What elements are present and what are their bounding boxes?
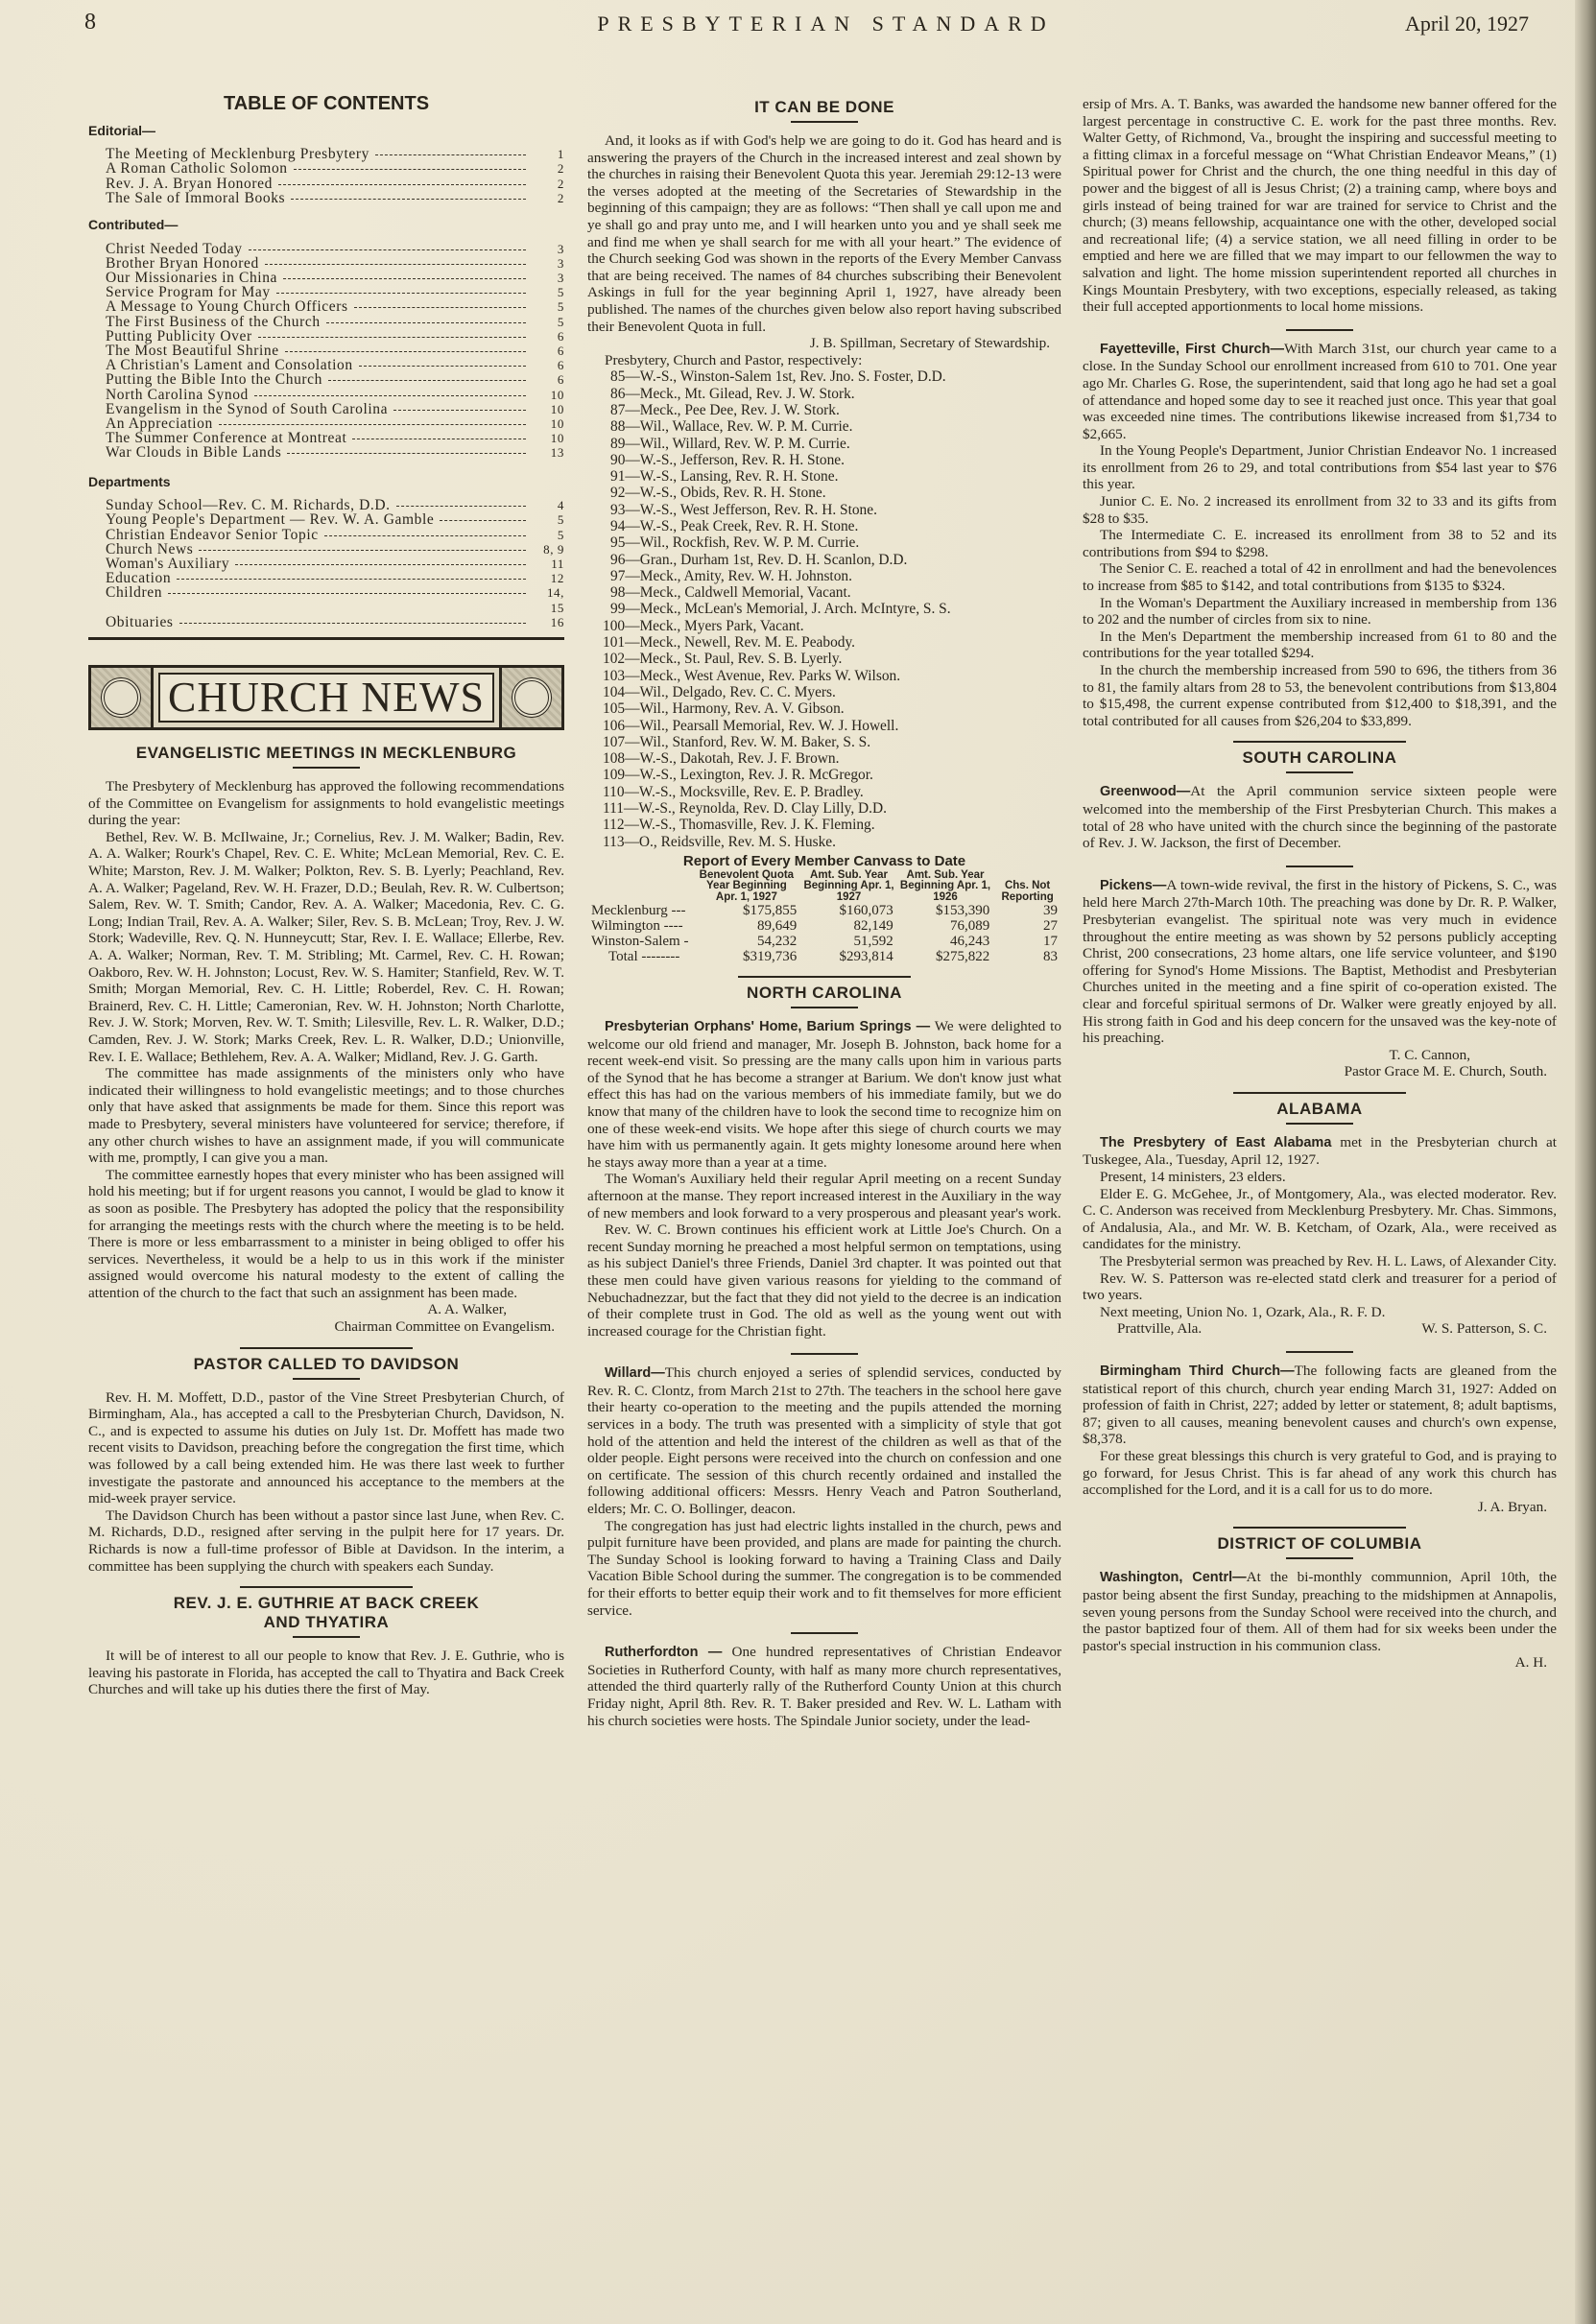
paragraph: Rev. H. M. Moffett, D.D., pastor of the … xyxy=(88,1389,564,1507)
paragraph: Junior C. E. No. 2 increased its enrollm… xyxy=(1083,493,1557,527)
toc-entry[interactable]: The Most Beautiful Shrine6 xyxy=(88,344,564,358)
signature-line: Prattville, Ala. W. S. Patterson, S. C. xyxy=(1083,1320,1557,1338)
divider xyxy=(240,1347,413,1349)
divider xyxy=(293,1636,360,1638)
signature-title: Chairman Committee on Evangelism. xyxy=(88,1318,564,1336)
toc-entry[interactable]: Service Program for May5 xyxy=(88,285,564,299)
paragraph: The congregation has just had electric l… xyxy=(587,1518,1061,1620)
divider xyxy=(738,976,911,978)
table-row: Winston-Salem - 54,232 51,592 46,243 17 xyxy=(587,934,1061,949)
paragraph: The Presbytery of East Alabama met in th… xyxy=(1083,1134,1557,1169)
roster-entry: 99—Meck., McLean's Memorial, J. Arch. Mc… xyxy=(587,601,1061,617)
roster-entry: 112—W.-S., Thomasville, Rev. J. K. Flemi… xyxy=(587,817,1061,833)
paragraph: For these great blessings this church is… xyxy=(1083,1448,1557,1499)
table-of-contents: TABLE OF CONTENTS Editorial— The Meeting… xyxy=(88,96,564,640)
toc-entry[interactable]: Christ Needed Today3 xyxy=(88,242,564,256)
roster-entry: 106—Wil., Pearsall Memorial, Rev. W. J. … xyxy=(587,718,1061,734)
divider xyxy=(1286,866,1353,867)
roster-entry: 105—Wil., Harmony, Rev. A. V. Gibson. xyxy=(587,700,1061,717)
paragraph: Greenwood—At the April communion service… xyxy=(1083,783,1557,851)
toc-entry[interactable]: Christian Endeavor Senior Topic5 xyxy=(88,528,564,542)
paragraph: Rev. W. S. Patterson was re-elected stat… xyxy=(1083,1270,1557,1304)
toc-entry[interactable]: Church News8, 9 xyxy=(88,542,564,557)
article-evangelistic-meetings: EVANGELISTIC MEETINGS IN MECKLENBURG The… xyxy=(88,744,564,1336)
section-alabama: ALABAMA The Presbytery of East Alabama m… xyxy=(1083,1100,1557,1515)
roster-entry: 94—W.-S., Peak Creek, Rev. R. H. Stone. xyxy=(587,518,1061,534)
toc-entry[interactable]: The Sale of Immoral Books2 xyxy=(88,191,564,205)
paragraph: The Presbytery of Mecklenburg has approv… xyxy=(88,778,564,829)
roster-entry: 104—Wil., Delgado, Rev. C. C. Myers. xyxy=(587,684,1061,700)
section-title: SOUTH CAROLINA xyxy=(1083,748,1557,768)
paragraph: Next meeting, Union No. 1, Ozark, Ala., … xyxy=(1083,1304,1557,1321)
paragraph: Rev. W. C. Brown continues his efficient… xyxy=(587,1221,1061,1340)
toc-entry[interactable]: A Christian's Lament and Consolation6 xyxy=(88,358,564,372)
toc-entry[interactable]: Evangelism in the Synod of South Carolin… xyxy=(88,402,564,416)
column-header: Amt. Sub. Year Beginning Apr. 1, 1926 xyxy=(897,870,993,904)
paragraph: The Presbyterial sermon was preached by … xyxy=(1083,1253,1557,1270)
toc-entry[interactable]: A Roman Catholic Solomon2 xyxy=(88,161,564,176)
canvass-table: Benevolent Quota Year Beginning Apr. 1, … xyxy=(587,870,1061,965)
roster-entry: 93—W.-S., West Jefferson, Rev. R. H. Sto… xyxy=(587,502,1061,518)
toc-entry[interactable]: Putting Publicity Over6 xyxy=(88,329,564,344)
divider xyxy=(240,1586,413,1588)
toc-entry[interactable]: War Clouds in Bible Lands13 xyxy=(88,445,564,460)
roster-entry: 97—Meck., Amity, Rev. W. H. Johnston. xyxy=(587,568,1061,584)
paragraph: The Intermediate C. E. increased its enr… xyxy=(1083,527,1557,560)
church-roster: 85—W.-S., Winston-Salem 1st, Rev. Jno. S… xyxy=(587,368,1061,850)
toc-entry[interactable]: Rev. J. A. Bryan Honored2 xyxy=(88,177,564,191)
column-header: Benevolent Quota Year Beginning Apr. 1, … xyxy=(692,870,800,904)
newspaper-page: 8 PRESBYTERIAN STANDARD April 20, 1927 T… xyxy=(0,0,1596,2324)
roster-entry: 109—W.-S., Lexington, Rev. J. R. McGrego… xyxy=(587,767,1061,783)
column-header: Amt. Sub. Year Beginning Apr. 1, 1927 xyxy=(800,870,896,904)
article-pastor-called: PASTOR CALLED TO DAVIDSON Rev. H. M. Mof… xyxy=(88,1355,564,1576)
toc-entry[interactable]: The First Business of the Church5 xyxy=(88,315,564,329)
toc-entry[interactable]: Sunday School—Rev. C. M. Richards, D.D.4 xyxy=(88,498,564,512)
paragraph: Pickens—A town-wide revival, the first i… xyxy=(1083,877,1557,1047)
signature: J. B. Spillman, Secretary of Stewardship… xyxy=(587,335,1061,352)
paragraph: In the Men's Department the membership i… xyxy=(1083,628,1557,662)
toc-entry[interactable]: Brother Bryan Honored3 xyxy=(88,256,564,271)
toc-entry[interactable]: The Summer Conference at Montreat10 xyxy=(88,431,564,445)
paragraph: Bethel, Rev. W. B. McIlwaine, Jr.; Corne… xyxy=(88,829,564,1065)
toc-divider xyxy=(88,637,564,640)
column-header: Chs. Not Reporting xyxy=(993,870,1061,904)
signature: T. C. Cannon, xyxy=(1083,1047,1557,1064)
paragraph: Birmingham Third Church—The following fa… xyxy=(1083,1363,1557,1448)
toc-entry[interactable]: Obituaries16 xyxy=(88,615,564,629)
roster-entry: 101—Meck., Newell, Rev. M. E. Peabody. xyxy=(587,634,1061,651)
toc-entry[interactable]: The Meeting of Mecklenburg Presbytery1 xyxy=(88,147,564,161)
divider xyxy=(791,1007,858,1008)
canvass-table-title: Report of Every Member Canvass to Date xyxy=(587,853,1061,870)
article-title: IT CAN BE DONE xyxy=(587,98,1061,117)
roster-entry: 108—W.-S., Dakotah, Rev. J. F. Brown. xyxy=(587,750,1061,767)
divider xyxy=(791,121,858,123)
roster-entry: 87—Meck., Pee Dee, Rev. J. W. Stork. xyxy=(587,402,1061,418)
toc-entry[interactable]: Our Missionaries in China3 xyxy=(88,271,564,285)
divider xyxy=(293,1378,360,1380)
roster-entry: 95—Wil., Rockfish, Rev. W. P. M. Currie. xyxy=(587,534,1061,551)
paragraph: Present, 14 ministers, 23 elders. xyxy=(1083,1169,1557,1186)
banner-title: CHURCH NEWS xyxy=(158,673,494,723)
toc-section-heading: Contributed— xyxy=(88,217,564,234)
toc-title: TABLE OF CONTENTS xyxy=(88,96,564,113)
paragraph: In the church the membership increased f… xyxy=(1083,662,1557,729)
divider xyxy=(1286,1557,1353,1559)
section-title: NORTH CAROLINA xyxy=(587,984,1061,1003)
roster-entry: 85—W.-S., Winston-Salem 1st, Rev. Jno. S… xyxy=(587,368,1061,385)
table-row: Wilmington ---- 89,649 82,149 76,089 27 xyxy=(587,918,1061,934)
toc-entry[interactable]: An Appreciation10 xyxy=(88,416,564,431)
paragraph: And, it looks as if with God's help we a… xyxy=(587,132,1061,335)
toc-entry[interactable]: Putting the Bible Into the Church6 xyxy=(88,372,564,387)
paragraph: The committee has made assignments of th… xyxy=(88,1065,564,1167)
divider xyxy=(1233,1092,1406,1094)
roster-entry: 86—Meck., Mt. Gilead, Rev. J. W. Stork. xyxy=(587,386,1061,402)
paragraph: The Woman's Auxiliary held their regular… xyxy=(587,1171,1061,1221)
roster-entry: 111—W.-S., Reynolda, Rev. D. Clay Lilly,… xyxy=(587,800,1061,817)
article-it-can-be-done: IT CAN BE DONE And, it looks as if with … xyxy=(587,98,1061,964)
paragraph: Washington, Centrl—At the bi-monthly com… xyxy=(1083,1569,1557,1654)
roster-entry: 107—Wil., Stanford, Rev. W. M. Baker, S.… xyxy=(587,734,1061,750)
toc-section-heading: Departments xyxy=(88,474,564,491)
column-left: TABLE OF CONTENTS Editorial— The Meeting… xyxy=(88,96,564,1698)
paragraph: The Davidson Church has been without a p… xyxy=(88,1507,564,1575)
page-header: 8 PRESBYTERIAN STANDARD April 20, 1927 xyxy=(84,10,1567,48)
toc-entry[interactable]: A Message to Young Church Officers5 xyxy=(88,299,564,314)
roster-entry: 89—Wil., Willard, Rev. W. P. M. Currie. xyxy=(587,436,1061,452)
paragraph-continued: ersip of Mrs. A. T. Banks, was awarded t… xyxy=(1083,96,1557,316)
article-title: REV. J. E. GUTHRIE AT BACK CREEKAND THYA… xyxy=(88,1594,564,1632)
divider xyxy=(1233,741,1406,743)
divider xyxy=(791,1353,858,1355)
roster-entry: 102—Meck., St. Paul, Rev. S. B. Lyerly. xyxy=(587,651,1061,667)
roster-entry: 88—Wil., Wallace, Rev. W. P. M. Currie. xyxy=(587,418,1061,435)
signature: J. A. Bryan. xyxy=(1083,1499,1557,1516)
signature-title: Pastor Grace M. E. Church, South. xyxy=(1083,1063,1557,1080)
roster-entry: 96—Gran., Durham 1st, Rev. D. H. Scanlon… xyxy=(587,552,1061,568)
paragraph: The Senior C. E. reached a total of 42 i… xyxy=(1083,560,1557,594)
table-row: Mecklenburg --- $175,855 $160,073 $153,3… xyxy=(587,903,1061,918)
roster-entry: 100—Meck., Myers Park, Vacant. xyxy=(587,618,1061,634)
article-guthrie: REV. J. E. GUTHRIE AT BACK CREEKAND THYA… xyxy=(88,1594,564,1698)
roster-entry: 110—W.-S., Mocksville, Rev. E. P. Bradle… xyxy=(587,784,1061,800)
article-title: PASTOR CALLED TO DAVIDSON xyxy=(88,1355,564,1374)
roster-entry: 98—Meck., Caldwell Memorial, Vacant. xyxy=(587,584,1061,601)
paragraph: Rutherfordton — One hundred representati… xyxy=(587,1644,1061,1729)
divider xyxy=(1286,771,1353,773)
divider xyxy=(791,1632,858,1634)
church-news-banner: CHURCH NEWS xyxy=(88,665,564,730)
roster-entry: 113—O., Reidsville, Rev. M. S. Huske. xyxy=(587,834,1061,850)
signature: A. A. Walker, xyxy=(88,1301,564,1318)
toc-entry[interactable]: Education12 xyxy=(88,571,564,585)
publication-title: PRESBYTERIAN STANDARD xyxy=(84,12,1567,36)
section-south-carolina: SOUTH CAROLINA Greenwood—At the April co… xyxy=(1083,748,1557,1080)
section-title: ALABAMA xyxy=(1083,1100,1557,1119)
ornament-icon xyxy=(91,668,154,727)
divider xyxy=(1286,1351,1353,1353)
paragraph: Willard—This church enjoyed a series of … xyxy=(587,1364,1061,1517)
toc-entry[interactable]: Young People's Department — Rev. W. A. G… xyxy=(88,512,564,527)
paragraph: Presbyterian Orphans' Home, Barium Sprin… xyxy=(587,1018,1061,1171)
roster-entry: 92—W.-S., Obids, Rev. R. H. Stone. xyxy=(587,485,1061,501)
section-district-of-columbia: DISTRICT OF COLUMBIA Washington, Centrl—… xyxy=(1083,1534,1557,1672)
table-row-total: Total -------- $319,736 $293,814 $275,82… xyxy=(587,949,1061,964)
paragraph: Elder E. G. McGehee, Jr., of Montgomery,… xyxy=(1083,1186,1557,1253)
divider xyxy=(1233,1527,1406,1529)
article-title: EVANGELISTIC MEETINGS IN MECKLENBURG xyxy=(88,744,564,763)
column-right: ersip of Mrs. A. T. Banks, was awarded t… xyxy=(1083,96,1557,1672)
toc-entry[interactable]: North Carolina Synod10 xyxy=(88,388,564,402)
paragraph: Fayetteville, First Church—With March 31… xyxy=(1083,341,1557,443)
toc-entry[interactable]: Children14, 15 xyxy=(88,585,564,614)
toc-entry[interactable]: Woman's Auxiliary11 xyxy=(88,557,564,571)
section-title: DISTRICT OF COLUMBIA xyxy=(1083,1534,1557,1553)
issue-date: April 20, 1927 xyxy=(1405,12,1529,36)
divider xyxy=(1286,1123,1353,1125)
paragraph: In the Young People's Department, Junior… xyxy=(1083,442,1557,493)
toc-section-heading: Editorial— xyxy=(88,123,564,140)
signature: A. H. xyxy=(1083,1654,1557,1672)
divider xyxy=(293,767,360,769)
section-north-carolina: NORTH CAROLINA Presbyterian Orphans' Hom… xyxy=(587,984,1061,1729)
roster-entry: 90—W.-S., Jefferson, Rev. R. H. Stone. xyxy=(587,452,1061,468)
roster-entry: 103—Meck., West Avenue, Rev. Parks W. Wi… xyxy=(587,668,1061,684)
binding-edge xyxy=(1575,0,1596,2324)
paragraph: It will be of interest to all our people… xyxy=(88,1648,564,1698)
roster-intro: Presbytery, Church and Pastor, respectiv… xyxy=(587,352,1061,369)
roster-entry: 91—W.-S., Lansing, Rev. R. H. Stone. xyxy=(587,468,1061,485)
column-middle: IT CAN BE DONE And, it looks as if with … xyxy=(587,96,1061,1729)
paragraph: In the Woman's Department the Auxiliary … xyxy=(1083,595,1557,628)
paragraph: The committee earnestly hopes that every… xyxy=(88,1167,564,1302)
divider xyxy=(1286,329,1353,331)
ornament-icon xyxy=(499,668,561,727)
